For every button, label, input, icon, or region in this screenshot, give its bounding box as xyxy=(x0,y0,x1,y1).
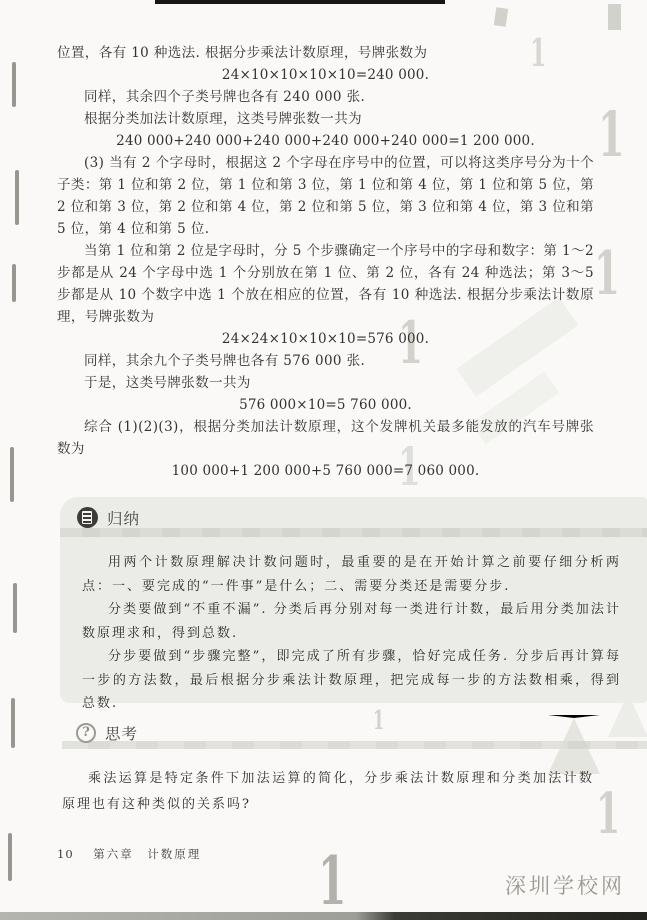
scan-smudge xyxy=(8,833,12,881)
paragraph: 同样，其余九个子类号牌也各有 576 000 张. xyxy=(57,350,594,372)
page-number: 10 xyxy=(57,847,74,861)
scanned-textbook-page: 1 1 1 1 1 1 1 1 1 1 位置，各有 10 种选法. 根据分步乘法… xyxy=(0,0,647,920)
paragraph: 综合 (1)(2)(3)，根据分类加法计数原理，这个发牌机关最多能发放的汽车号牌… xyxy=(57,416,594,460)
scan-blotch xyxy=(608,4,621,30)
site-watermark: 深圳学校网 xyxy=(505,870,625,900)
summary-panel: 归纳 用两个计数原理解决计数问题时，最重要的是在开始计算之前要仔细分析两点：一、… xyxy=(60,497,647,703)
think-section: ? 思考 乘法运算是特定条件下加法运算的简化，分步乘法计数原理和分类加法计数原理… xyxy=(62,712,647,818)
formula: 24×24×10×10×10=576 000. xyxy=(57,328,594,350)
book-icon xyxy=(77,507,98,528)
chapter-title: 第六章 计数原理 xyxy=(93,847,201,861)
watermark-numeral-stamp: 1 xyxy=(594,244,620,304)
question-icon: ? xyxy=(76,723,96,743)
scan-smudge xyxy=(15,170,19,225)
scan-smudge xyxy=(12,264,16,302)
think-section-title: 思考 xyxy=(105,722,138,744)
scan-smudge xyxy=(10,447,14,502)
scan-smudge xyxy=(12,62,16,107)
summary-paragraph: 用两个计数原理解决计数问题时，最重要的是在开始计算之前要仔细分析两点：一、要完成… xyxy=(82,551,621,598)
summary-panel-body: 用两个计数原理解决计数问题时，最重要的是在开始计算之前要仔细分析两点：一、要完成… xyxy=(60,531,647,716)
summary-paragraph: 分类要做到“不重不漏”. 分类后再分别对每一类进行计数，最后用分类加法计数原理求… xyxy=(82,598,621,645)
scan-edge-bar-bottom xyxy=(0,912,647,920)
paragraph: (3) 当有 2 个字母时，根据这 2 个字母在序号中的位置，可以将这类序号分为… xyxy=(57,152,594,240)
paragraph: 位置，各有 10 种选法. 根据分步乘法计数原理，号牌张数为 xyxy=(57,42,594,64)
scan-edge-bar-top xyxy=(155,0,445,4)
summary-panel-header: 归纳 xyxy=(60,497,647,531)
scan-blotch xyxy=(494,7,508,26)
paragraph: 同样，其余四个子类号牌也各有 240 000 张. xyxy=(57,86,594,108)
scan-smudge xyxy=(11,698,15,748)
watermark-numeral-stamp: 1 xyxy=(598,104,625,166)
paragraph: 当第 1 位和第 2 位是字母时，分 5 个步骤确定一个序号中的字母和数字：第 … xyxy=(57,240,594,328)
scan-smudge xyxy=(13,583,17,633)
think-section-header: ? 思考 xyxy=(62,712,647,746)
formula: 100 000+1 200 000+5 760 000=7 060 000. xyxy=(57,460,594,482)
formula: 576 000×10=5 760 000. xyxy=(57,394,594,416)
summary-panel-title: 归纳 xyxy=(107,507,140,529)
body-text: 位置，各有 10 种选法. 根据分步乘法计数原理，号牌张数为 24×10×10×… xyxy=(57,42,594,482)
page-footer: 10 第六章 计数原理 xyxy=(57,846,201,862)
paragraph: 根据分类加法计数原理，这类号牌张数一共为 xyxy=(57,108,594,130)
think-section-body: 乘法运算是特定条件下加法运算的简化，分步乘法计数原理和分类加法计数原理也有这种类… xyxy=(62,766,594,818)
think-paragraph: 乘法运算是特定条件下加法运算的简化，分步乘法计数原理和分类加法计数原理也有这种类… xyxy=(62,766,594,818)
paragraph: 于是，这类号牌张数一共为 xyxy=(57,372,594,394)
formula: 24×10×10×10×10=240 000. xyxy=(57,64,594,86)
formula: 240 000+240 000+240 000+240 000+240 000=… xyxy=(57,130,594,152)
watermark-numeral-stamp: 1 xyxy=(318,848,346,914)
summary-paragraph: 分步要做到“步骤完整”，即完成了所有步骤，恰好完成任务. 分步后再计算每一步的方… xyxy=(82,645,621,716)
